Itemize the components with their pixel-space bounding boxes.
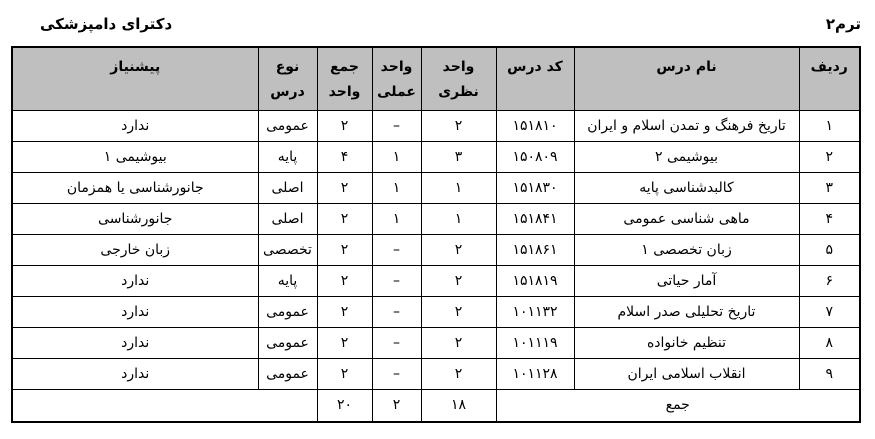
course-schedule-table: ردیف نام درس کد درس واحدنظری واحدعملی جم… xyxy=(11,46,861,423)
total-units: ۲ xyxy=(317,327,372,358)
totals-label: جمع xyxy=(496,389,860,422)
header-row: ردیف نام درس کد درس واحدنظری واحدعملی جم… xyxy=(12,47,860,110)
practical-units: – xyxy=(372,234,421,265)
course-code: ۱۰۱۱۲۸ xyxy=(496,358,574,389)
course-code: ۱۰۱۱۱۹ xyxy=(496,327,574,358)
practical-units: – xyxy=(372,110,421,141)
practical-units: ۱ xyxy=(372,172,421,203)
theory-units: ۳ xyxy=(421,141,496,172)
table-row: ۳ کالبدشناسی پایه ۱۵۱۸۳۰ ۱ ۱ ۲ اصلی جانو… xyxy=(12,172,860,203)
course-type: عمومی xyxy=(258,110,317,141)
row-number: ۹ xyxy=(799,358,860,389)
header-row-number: ردیف xyxy=(799,47,860,110)
row-number: ۳ xyxy=(799,172,860,203)
prerequisite: ندارد xyxy=(12,327,258,358)
totals-total-units: ۲۰ xyxy=(317,389,372,422)
course-type: عمومی xyxy=(258,327,317,358)
table-row: ۷ تاریخ تحلیلی صدر اسلام ۱۰۱۱۳۲ ۲ – ۲ عم… xyxy=(12,296,860,327)
table-footer: جمع ۱۸ ۲ ۲۰ xyxy=(12,389,860,422)
program-title: دکترای دامپزشکی xyxy=(40,14,172,34)
row-number: ۱ xyxy=(799,110,860,141)
header-course-code: کد درس xyxy=(496,47,574,110)
row-number: ۵ xyxy=(799,234,860,265)
course-name: تاریخ تحلیلی صدر اسلام xyxy=(574,296,799,327)
course-name: ماهی شناسی عمومی xyxy=(574,203,799,234)
course-type: اصلی xyxy=(258,172,317,203)
course-code: ۱۵۱۸۱۹ xyxy=(496,265,574,296)
total-units: ۲ xyxy=(317,265,372,296)
table-body: ۱ تاریخ فرهنگ و تمدن اسلام و ایران ۱۵۱۸۱… xyxy=(12,110,860,389)
course-code: ۱۵۱۸۶۱ xyxy=(496,234,574,265)
theory-units: ۲ xyxy=(421,265,496,296)
total-units: ۲ xyxy=(317,296,372,327)
total-units: ۲ xyxy=(317,172,372,203)
course-name: کالبدشناسی پایه xyxy=(574,172,799,203)
table-row: ۴ ماهی شناسی عمومی ۱۵۱۸۴۱ ۱ ۱ ۲ اصلی جان… xyxy=(12,203,860,234)
row-number: ۶ xyxy=(799,265,860,296)
table-header: ردیف نام درس کد درس واحدنظری واحدعملی جم… xyxy=(12,47,860,110)
practical-units: ۱ xyxy=(372,141,421,172)
practical-units: – xyxy=(372,265,421,296)
row-number: ۸ xyxy=(799,327,860,358)
course-type: پایه xyxy=(258,141,317,172)
total-units: ۲ xyxy=(317,110,372,141)
titlebar: ترم۲ دکترای دامپزشکی xyxy=(0,0,875,46)
header-course-type: نوعدرس xyxy=(258,47,317,110)
header-total-units: جمعواحد xyxy=(317,47,372,110)
course-type: اصلی xyxy=(258,203,317,234)
table-row: ۹ انقلاب اسلامی ایران ۱۰۱۱۲۸ ۲ – ۲ عمومی… xyxy=(12,358,860,389)
row-number: ۲ xyxy=(799,141,860,172)
header-theory-units: واحدنظری xyxy=(421,47,496,110)
practical-units: – xyxy=(372,358,421,389)
course-name: بیوشیمی ۲ xyxy=(574,141,799,172)
table-row: ۲ بیوشیمی ۲ ۱۵۰۸۰۹ ۳ ۱ ۴ پایه بیوشیمی ۱ xyxy=(12,141,860,172)
prerequisite: بیوشیمی ۱ xyxy=(12,141,258,172)
course-type: عمومی xyxy=(258,296,317,327)
course-code: ۱۵۱۸۱۰ xyxy=(496,110,574,141)
course-code: ۱۵۱۸۴۱ xyxy=(496,203,574,234)
table-row: ۸ تنظیم خانواده ۱۰۱۱۱۹ ۲ – ۲ عمومی ندارد xyxy=(12,327,860,358)
totals-practical-units: ۲ xyxy=(372,389,421,422)
prerequisite: زبان خارجی xyxy=(12,234,258,265)
course-name: تاریخ فرهنگ و تمدن اسلام و ایران xyxy=(574,110,799,141)
theory-units: ۲ xyxy=(421,234,496,265)
term-title: ترم۲ xyxy=(826,14,861,34)
totals-theory-units: ۱۸ xyxy=(421,389,496,422)
prerequisite: ندارد xyxy=(12,358,258,389)
course-type: تخصصی xyxy=(258,234,317,265)
prerequisite: ندارد xyxy=(12,296,258,327)
prerequisite: جانورشناسی xyxy=(12,203,258,234)
prerequisite: ندارد xyxy=(12,110,258,141)
prerequisite: جانورشناسی یا همزمان xyxy=(12,172,258,203)
course-code: ۱۰۱۱۳۲ xyxy=(496,296,574,327)
total-units: ۲ xyxy=(317,358,372,389)
course-code: ۱۵۰۸۰۹ xyxy=(496,141,574,172)
table-row: ۶ آمار حیاتی ۱۵۱۸۱۹ ۲ – ۲ پایه ندارد xyxy=(12,265,860,296)
table-row: ۵ زبان تخصصی ۱ ۱۵۱۸۶۱ ۲ – ۲ تخصصی زبان خ… xyxy=(12,234,860,265)
course-name: آمار حیاتی xyxy=(574,265,799,296)
header-course-name: نام درس xyxy=(574,47,799,110)
practical-units: – xyxy=(372,296,421,327)
course-type: عمومی xyxy=(258,358,317,389)
theory-units: ۲ xyxy=(421,358,496,389)
row-number: ۴ xyxy=(799,203,860,234)
course-type: پایه xyxy=(258,265,317,296)
totals-row: جمع ۱۸ ۲ ۲۰ xyxy=(12,389,860,422)
prerequisite: ندارد xyxy=(12,265,258,296)
document-page: ترم۲ دکترای دامپزشکی ردیف نام درس کد درس… xyxy=(0,0,875,439)
theory-units: ۲ xyxy=(421,296,496,327)
practical-units: ۱ xyxy=(372,203,421,234)
totals-empty-cell xyxy=(12,389,317,422)
theory-units: ۲ xyxy=(421,110,496,141)
theory-units: ۱ xyxy=(421,203,496,234)
total-units: ۲ xyxy=(317,203,372,234)
course-name: زبان تخصصی ۱ xyxy=(574,234,799,265)
theory-units: ۱ xyxy=(421,172,496,203)
total-units: ۴ xyxy=(317,141,372,172)
total-units: ۲ xyxy=(317,234,372,265)
practical-units: – xyxy=(372,327,421,358)
table-row: ۱ تاریخ فرهنگ و تمدن اسلام و ایران ۱۵۱۸۱… xyxy=(12,110,860,141)
course-name: انقلاب اسلامی ایران xyxy=(574,358,799,389)
course-code: ۱۵۱۸۳۰ xyxy=(496,172,574,203)
header-prerequisite: پیشنیاز xyxy=(12,47,258,110)
course-name: تنظیم خانواده xyxy=(574,327,799,358)
theory-units: ۲ xyxy=(421,327,496,358)
row-number: ۷ xyxy=(799,296,860,327)
header-practical-units: واحدعملی xyxy=(372,47,421,110)
